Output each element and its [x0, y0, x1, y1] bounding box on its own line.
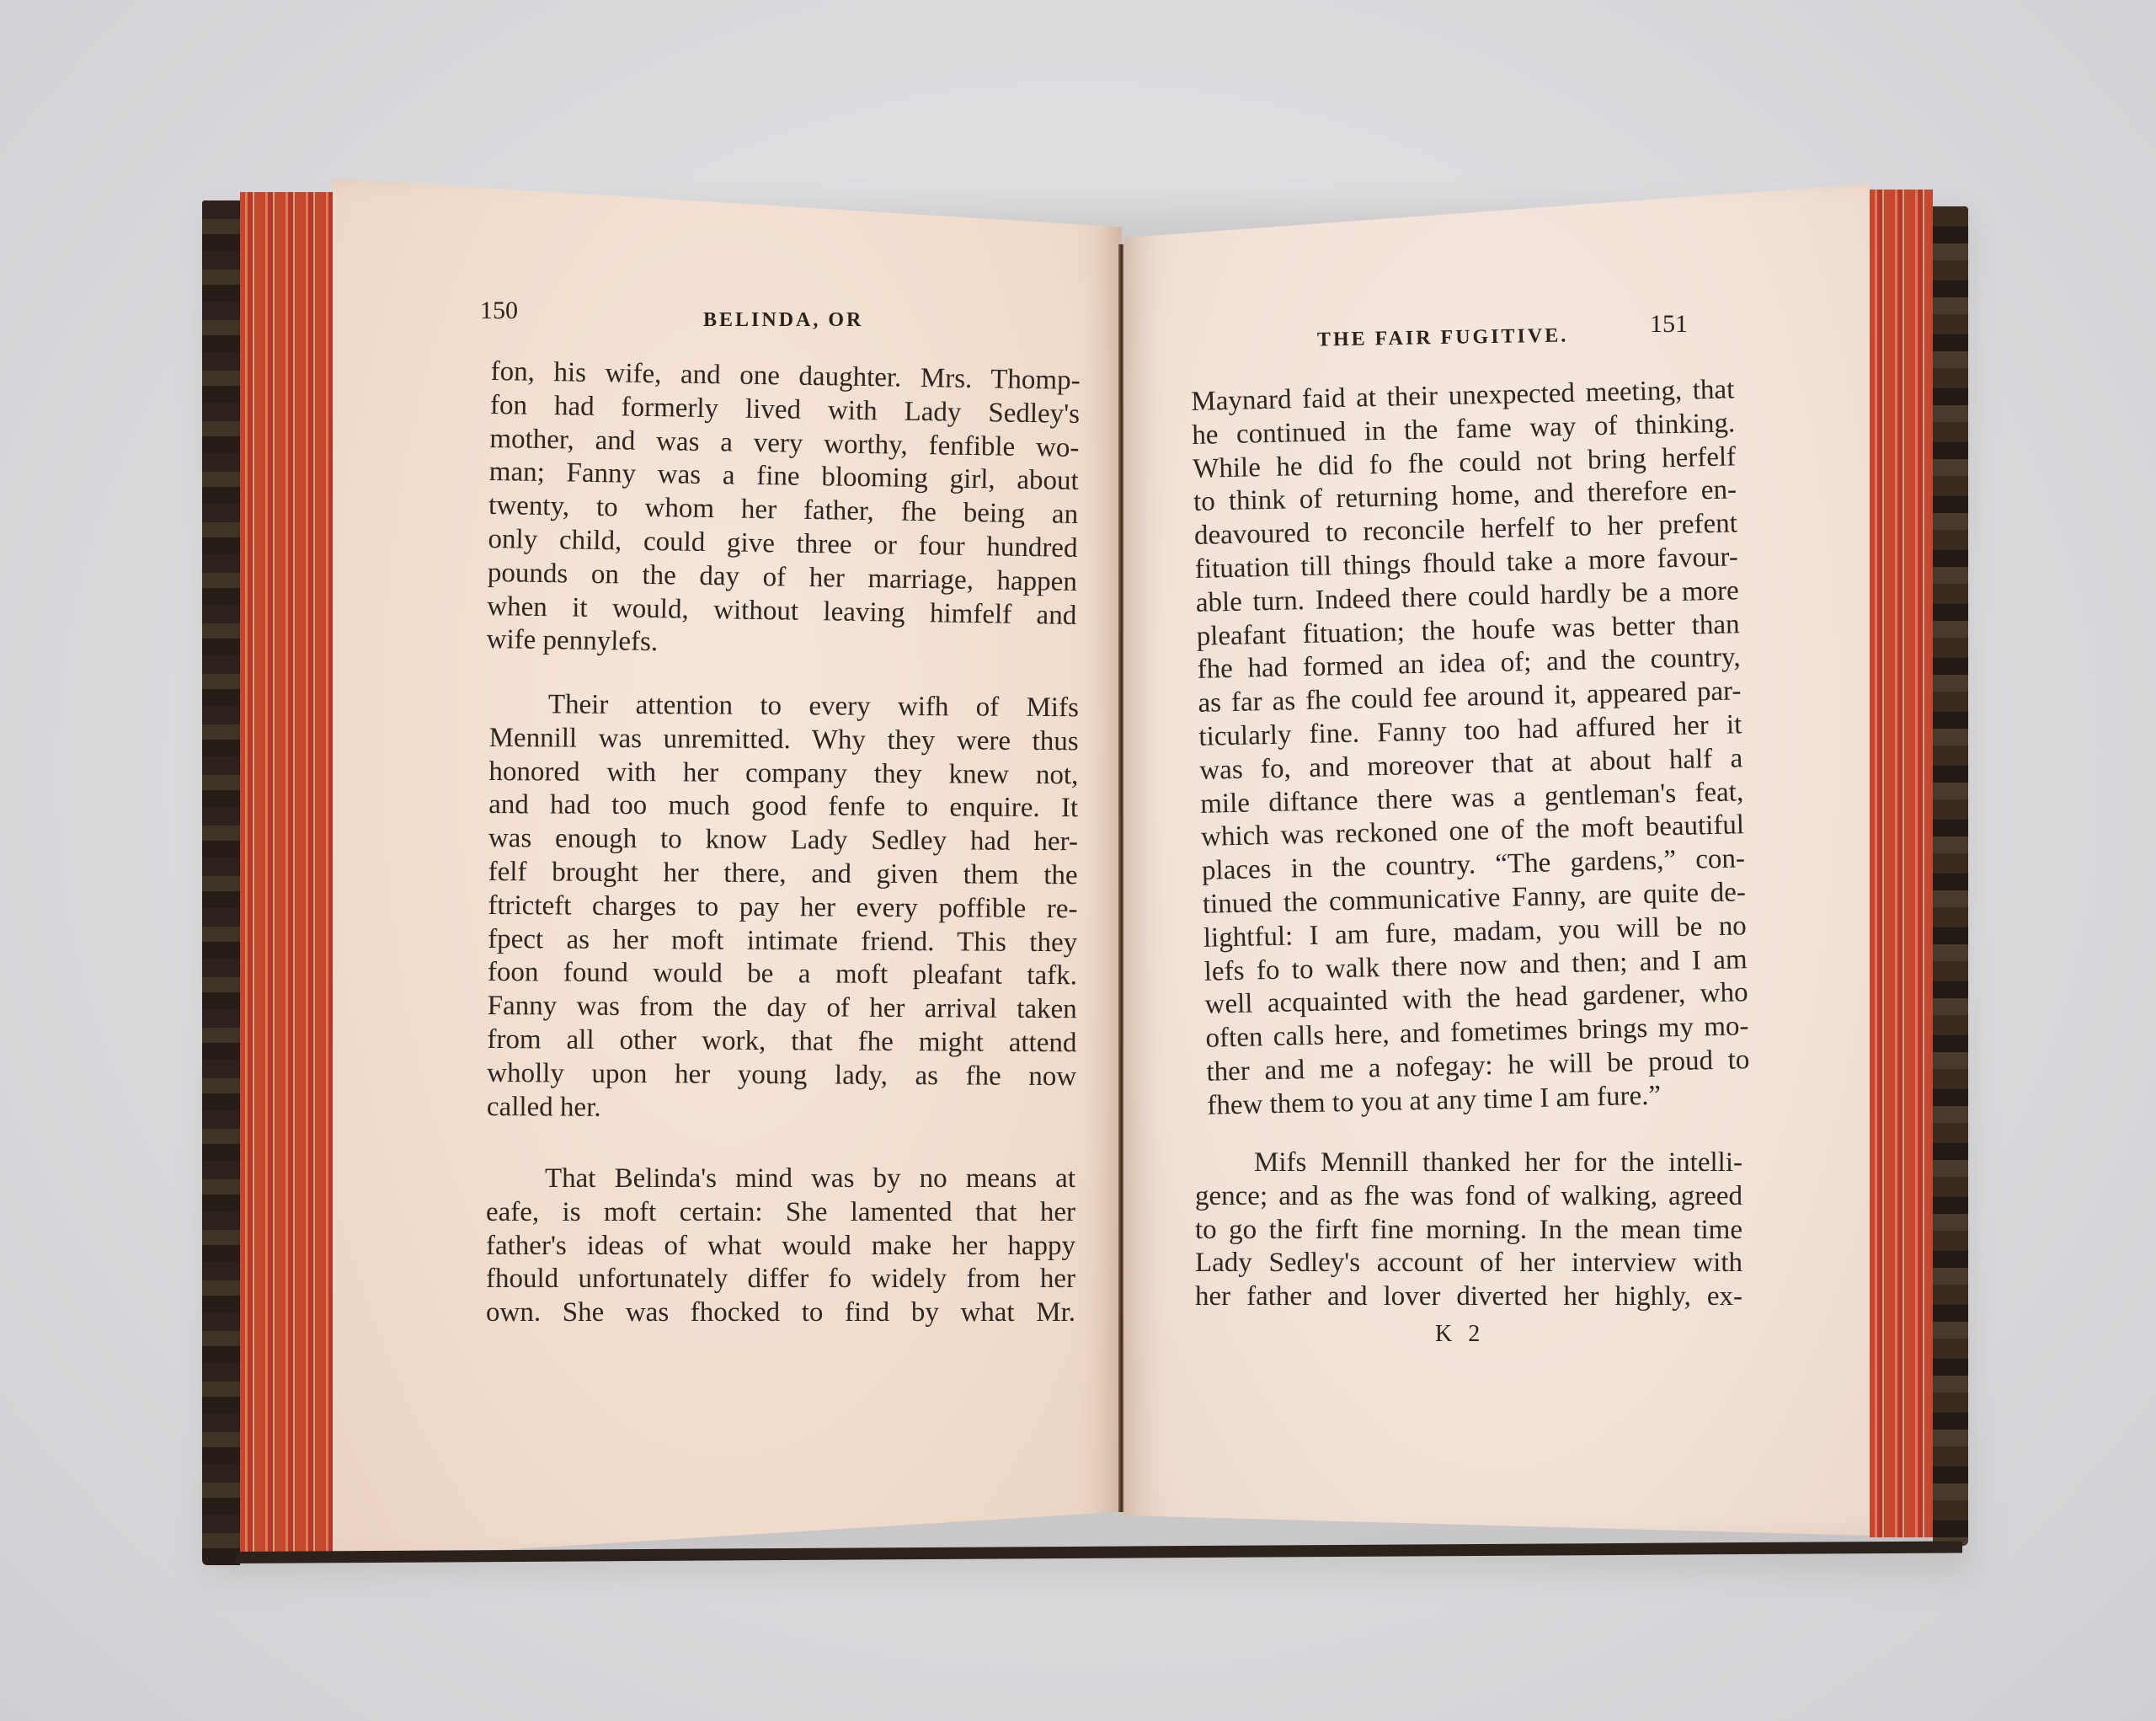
- page-number-right: 151: [1650, 310, 1688, 339]
- text-line: own. She was fhocked to find by what Mr.: [486, 1296, 1075, 1330]
- text-line: That Belinda's mind was by no means at: [486, 1162, 1075, 1196]
- text-line: honored with her company they knew not,: [488, 756, 1078, 793]
- text-line: her father and lover diverted her highly…: [1195, 1280, 1742, 1314]
- page-edges-right: [1870, 190, 1933, 1537]
- text-line: ftricteft charges to pay her every poffi…: [488, 890, 1077, 927]
- right-paragraph-1: Maynard faid at their unexpected meeting…: [1191, 373, 1751, 1123]
- book-gutter: [1118, 244, 1124, 1512]
- right-paragraph-2: Mifs Mennill thanked her for the intelli…: [1195, 1146, 1742, 1314]
- left-paragraph-2: Their attention to every wifh of Mifs Me…: [487, 688, 1079, 1128]
- text-line: Fanny was from the day of her arrival ta…: [488, 990, 1077, 1027]
- text-line: foon found would be a moft pleafant tafk…: [488, 956, 1077, 993]
- text-line: felf brought her there, and given them t…: [488, 856, 1078, 893]
- left-paragraph-1: fon, his wife, and one daughter. Mrs. Th…: [486, 355, 1081, 666]
- text-line: Mifs Mennill thanked her for the intelli…: [1195, 1146, 1742, 1180]
- text-line: gence; and as fhe was fond of walking, a…: [1195, 1180, 1742, 1214]
- left-page: 150 BELINDA, OR fon, his wife, and one d…: [333, 179, 1122, 1560]
- book-cover-left: [202, 200, 240, 1565]
- text-line: eafe, is moft certain: She lamented that…: [486, 1196, 1075, 1230]
- text-line: was enough to know Lady Sedley had her-: [488, 822, 1078, 859]
- running-head-right: THE FAIR FUGITIVE.: [1317, 324, 1569, 351]
- text-line: father's ideas of what would make her ha…: [486, 1230, 1075, 1264]
- text-line: fhould unfortunately differ fo widely fr…: [486, 1263, 1075, 1296]
- signature-mark: K 2: [1435, 1321, 1485, 1348]
- text-line: called her.: [487, 1091, 1076, 1128]
- page-edges-left: [240, 192, 333, 1561]
- left-paragraph-3: That Belinda's mind was by no means at e…: [486, 1162, 1075, 1330]
- text-line: Lady Sedley's account of her interview w…: [1195, 1247, 1742, 1280]
- right-page: THE FAIR FUGITIVE. 151 Maynard faid at t…: [1123, 184, 1870, 1536]
- text-line: wholly upon her young lady, as fhe now: [487, 1057, 1076, 1094]
- book-cover-right: [1933, 206, 1968, 1546]
- page-number-left: 150: [480, 297, 518, 325]
- text-line: Their attention to every wifh of Mifs: [489, 688, 1079, 725]
- text-line: fpect as her moft intimate friend. This …: [488, 923, 1077, 960]
- text-line: Mennill was unremitted. Why they were th…: [489, 722, 1079, 759]
- text-line: and had too much good fenfe to enquire. …: [488, 788, 1078, 826]
- running-head-left: BELINDA, OR: [703, 309, 863, 332]
- text-line: to go the firft fine morning. In the mea…: [1195, 1214, 1742, 1248]
- text-line: from all other work, that fhe might atte…: [487, 1024, 1076, 1061]
